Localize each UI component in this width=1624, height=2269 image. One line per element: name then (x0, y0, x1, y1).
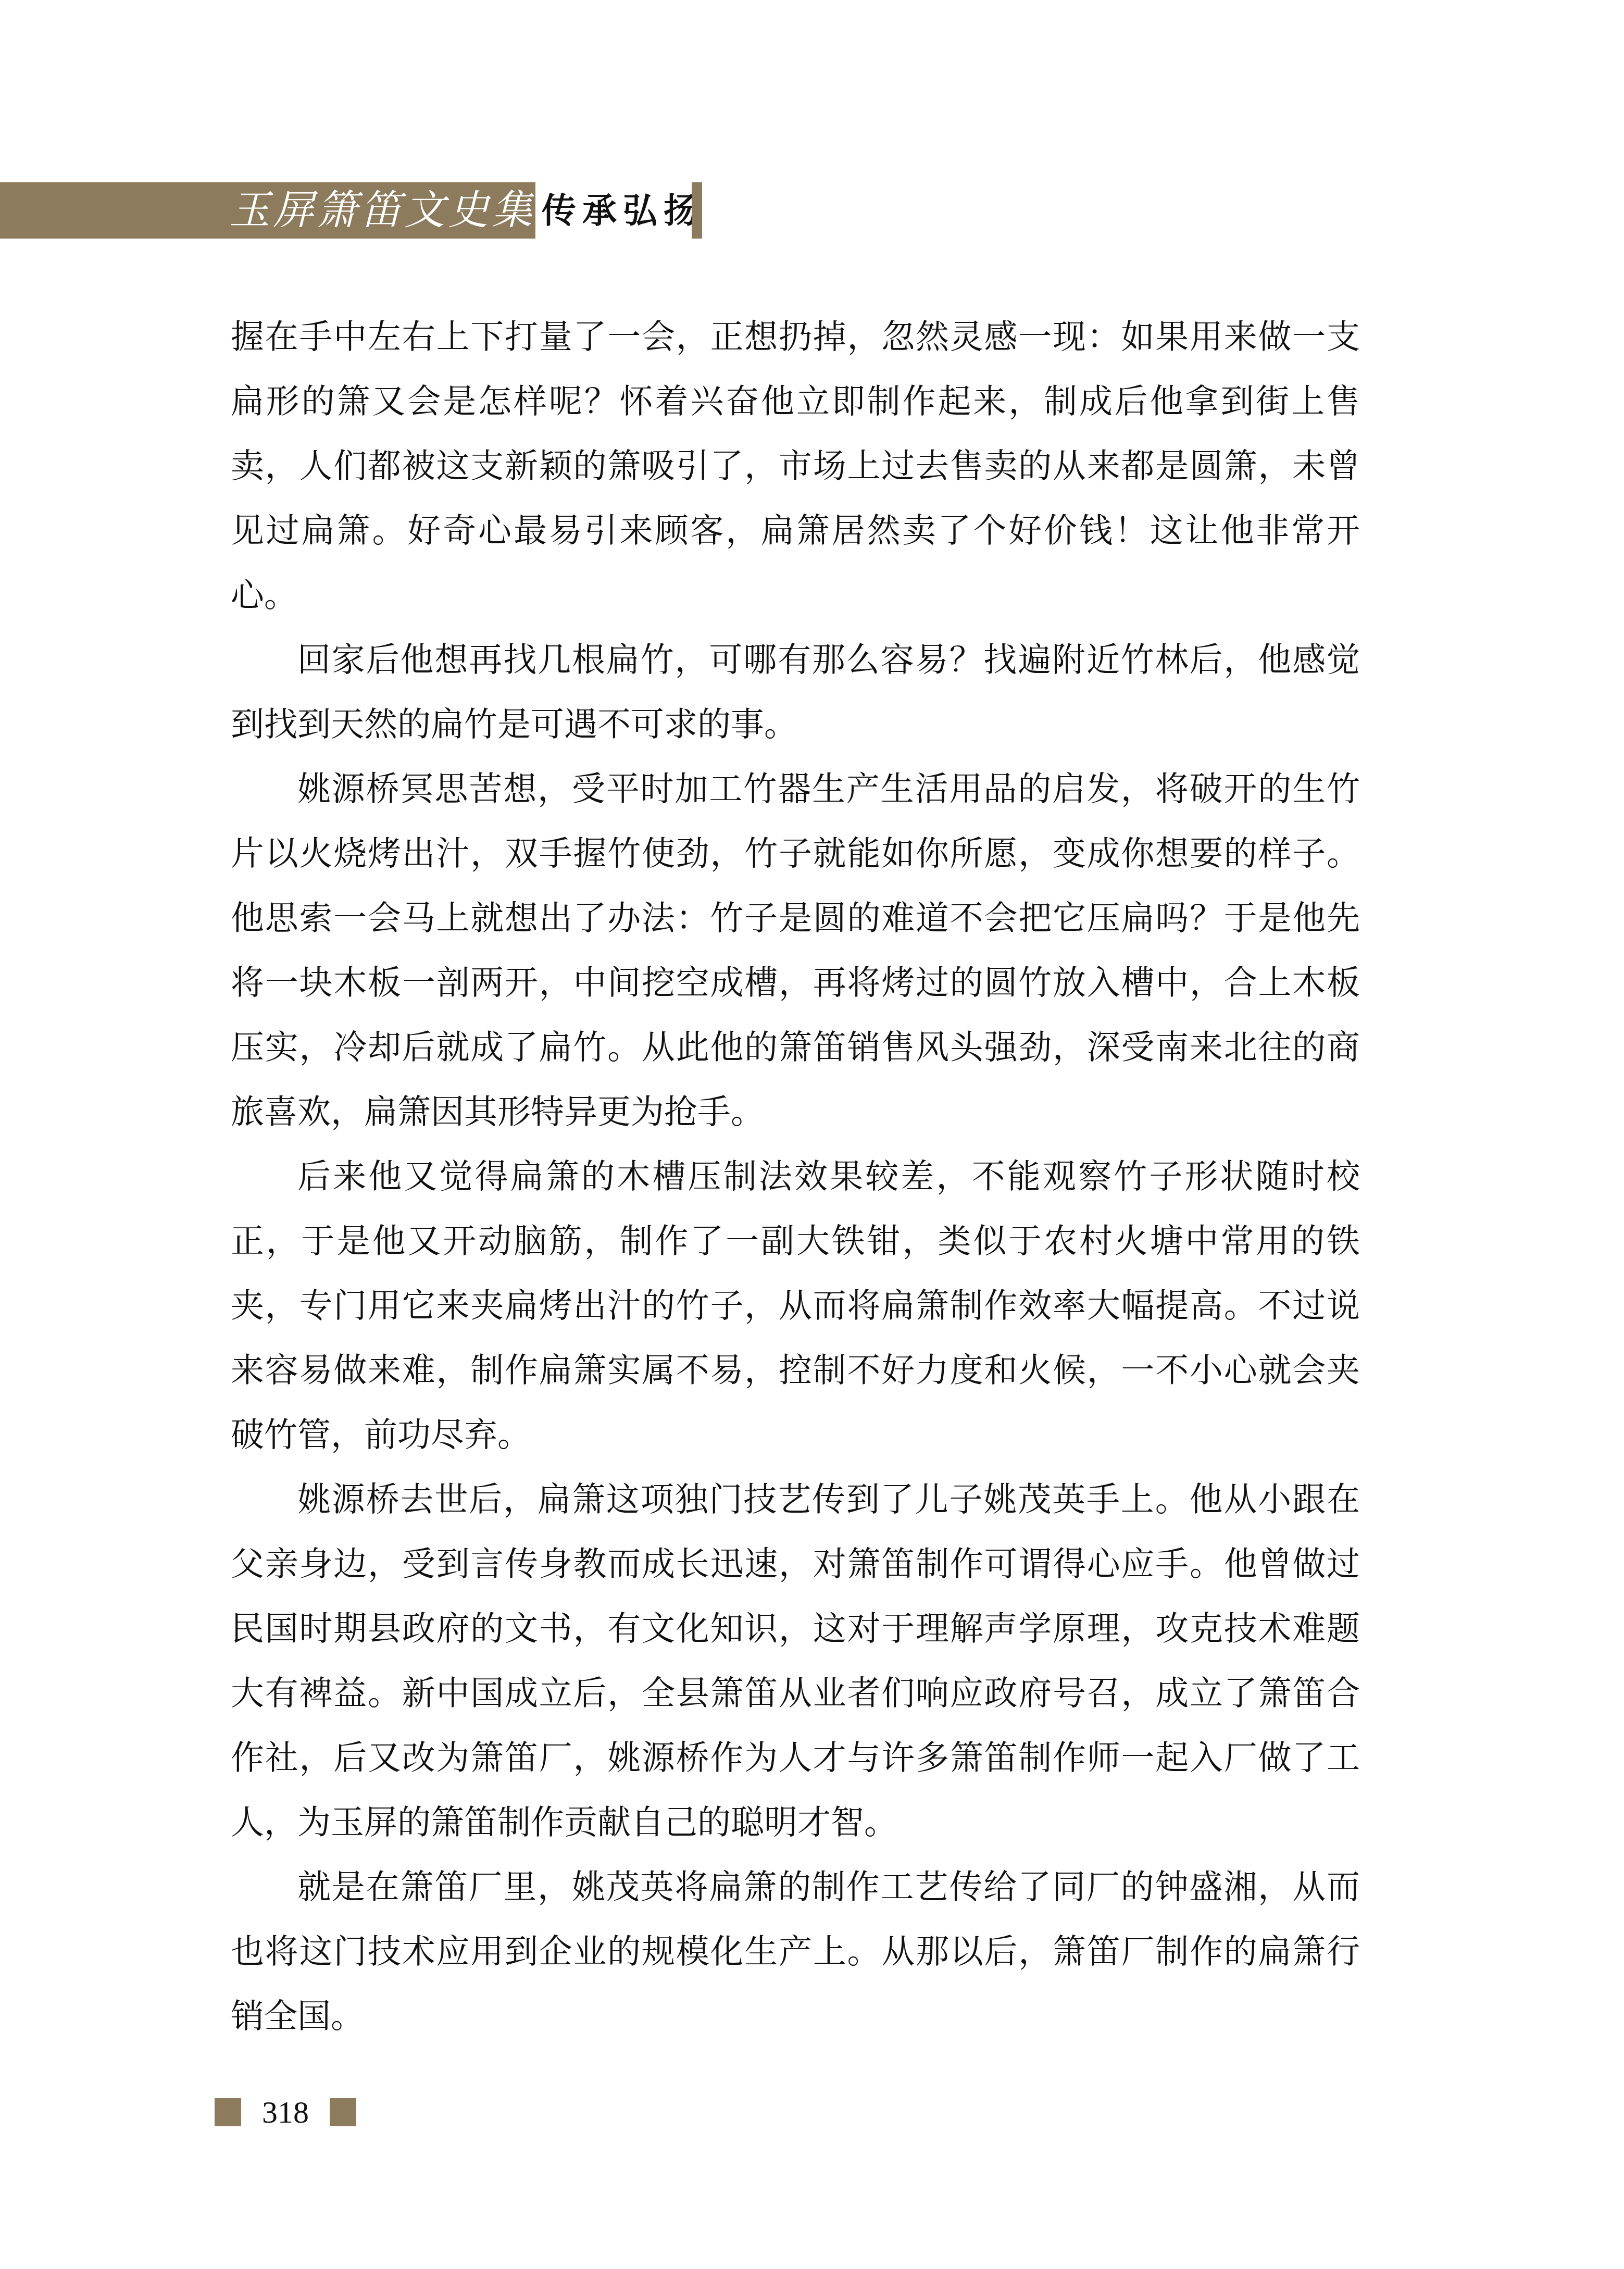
header-tab-marker (692, 182, 702, 239)
paragraph-3: 姚源桥冥思苦想，受平时加工竹器生产生活用品的启发，将破开的生竹片以火烧烤出汁，双… (231, 757, 1360, 1144)
paragraph-5: 姚源桥去世后，扁箫这项独门技艺传到了儿子姚茂英手上。他从小跟在父亲身边，受到言传… (231, 1467, 1360, 1855)
paragraph-2: 回家后他想再找几根扁竹，可哪有那么容易？找遍附近竹林后，他感觉到找到天然的扁竹是… (231, 628, 1360, 757)
page-footer: 318 (215, 2098, 356, 2127)
body-text: 握在手中左右上下打量了一会，正想扔掉，忽然灵感一现：如果用来做一支扁形的箫又会是… (231, 305, 1360, 2049)
paragraph-6: 就是在箫笛厂里，姚茂英将扁箫的制作工艺传给了同厂的钟盛湘，从而也将这门技术应用到… (231, 1855, 1360, 2049)
paragraph-4: 后来他又觉得扁箫的木槽压制法效果较差，不能观察竹子形状随时校正，于是他又开动脑筋… (231, 1144, 1360, 1467)
footer-square-left-icon (215, 2098, 241, 2126)
page-number: 318 (262, 2098, 309, 2127)
section-title: 传承弘扬 (542, 183, 704, 238)
paragraph-1: 握在手中左右上下打量了一会，正想扔掉，忽然灵感一现：如果用来做一支扁形的箫又会是… (231, 305, 1360, 628)
footer-square-right-icon (330, 2098, 356, 2126)
book-title: 玉屏箫笛文史集萃 (229, 182, 579, 239)
